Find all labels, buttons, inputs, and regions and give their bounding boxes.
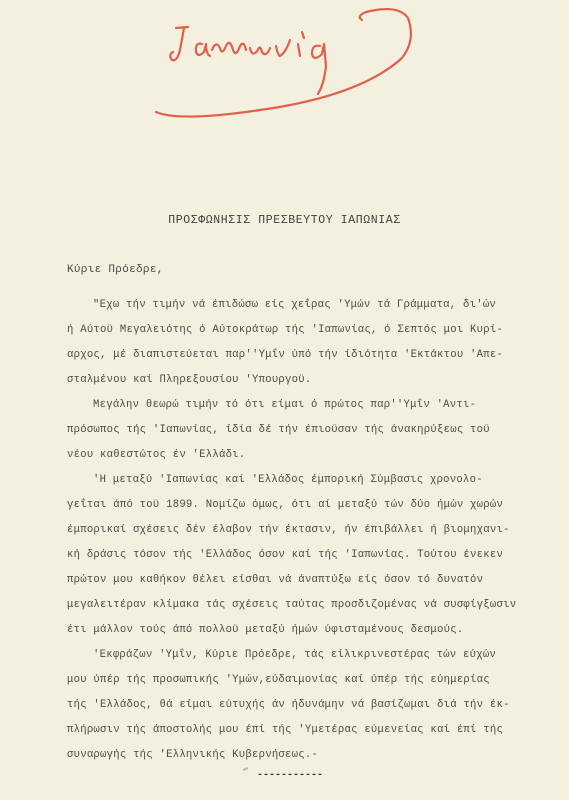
body-line: πρώτον μου καθήκον θέλει είσθαι νά άναπτ… bbox=[67, 574, 483, 586]
body-line: σταλμένου καί Πληρεξουσίου 'Υπουργοϋ. bbox=[67, 374, 311, 386]
salutation: Κύριε Πρόεδρε, bbox=[67, 264, 164, 276]
handwritten-annotation-icon bbox=[140, 0, 440, 130]
body-line: συναρωγής τής 'Ελληνικής Κυβερνήσεως.- bbox=[67, 749, 318, 761]
body-line: μεγαλειτέραν κλίμακα τάς σχέσεις ταύτας … bbox=[67, 599, 516, 611]
body-line: ή Αύτοϋ Μεγαλειότης ό Αύτοκράτωρ τής 'Ια… bbox=[67, 324, 503, 336]
body-line: κή δράσις τόσον τής 'Ελλάδος όσον καί τή… bbox=[67, 549, 503, 561]
body-line: έμπορικαί σχέσεις δέν έλαβον τήν έκτασιν… bbox=[67, 524, 510, 536]
body-line: πρόσωπος τής 'Ιαπωνίας, ίδία δέ τήν έπιο… bbox=[67, 424, 490, 436]
body-line: 'Εκφράζων 'Υμΐν, Κύριε Πρόεδρε, τάς είλι… bbox=[93, 649, 496, 661]
body-line: Μεγάλην θεωρώ τιμήν τό ότι είμαι ό πρώτο… bbox=[93, 399, 476, 411]
body-line: 'Η μεταξύ 'Ιαπωνίας καί 'Ελλάδος έμπορικ… bbox=[93, 474, 483, 486]
document-page: ΠΡΟΣΦΩΝΗΣΙΣ ΠΡΕΣΒΕΥΤΟΥ ΙΑΠΩΝΙΑΣ Κύριε Πρ… bbox=[0, 0, 569, 800]
body-line: τής 'Ελλάδος, θά είμαι εύτυχής άν ήδυνάμ… bbox=[67, 699, 510, 711]
document-title: ΠΡΟΣΦΩΝΗΣΙΣ ΠΡΕΣΒΕΥΤΟΥ ΙΑΠΩΝΙΑΣ bbox=[0, 214, 569, 227]
body-line: γεΐται άπό τοϋ 1899. Νομίζω όμως, ότι αί… bbox=[67, 499, 503, 511]
body-line: πλήρωσιν τής άποστολής μου έπί τής 'Υμετ… bbox=[67, 724, 503, 736]
closing-rule: ----------- bbox=[257, 770, 323, 781]
paper-mark bbox=[243, 767, 248, 771]
body-line: μου ύπέρ τής προσωπικής 'Υμών,εύδαιμονία… bbox=[67, 674, 490, 686]
body-line: έτι μάλλον τούς άπό πολλοϋ μεταξύ ήμών ύ… bbox=[67, 624, 463, 636]
body-line: "Εχω τήν τιμήν νά έπιδώσω είς χεΐρας 'Υμ… bbox=[93, 299, 496, 311]
body-line: νέου καθεστώτος έν 'Ελλάδι. bbox=[67, 449, 245, 461]
body-line: αρχος, μέ διαπιστεύεται παρ''Υμΐν ύπό τή… bbox=[67, 349, 503, 361]
